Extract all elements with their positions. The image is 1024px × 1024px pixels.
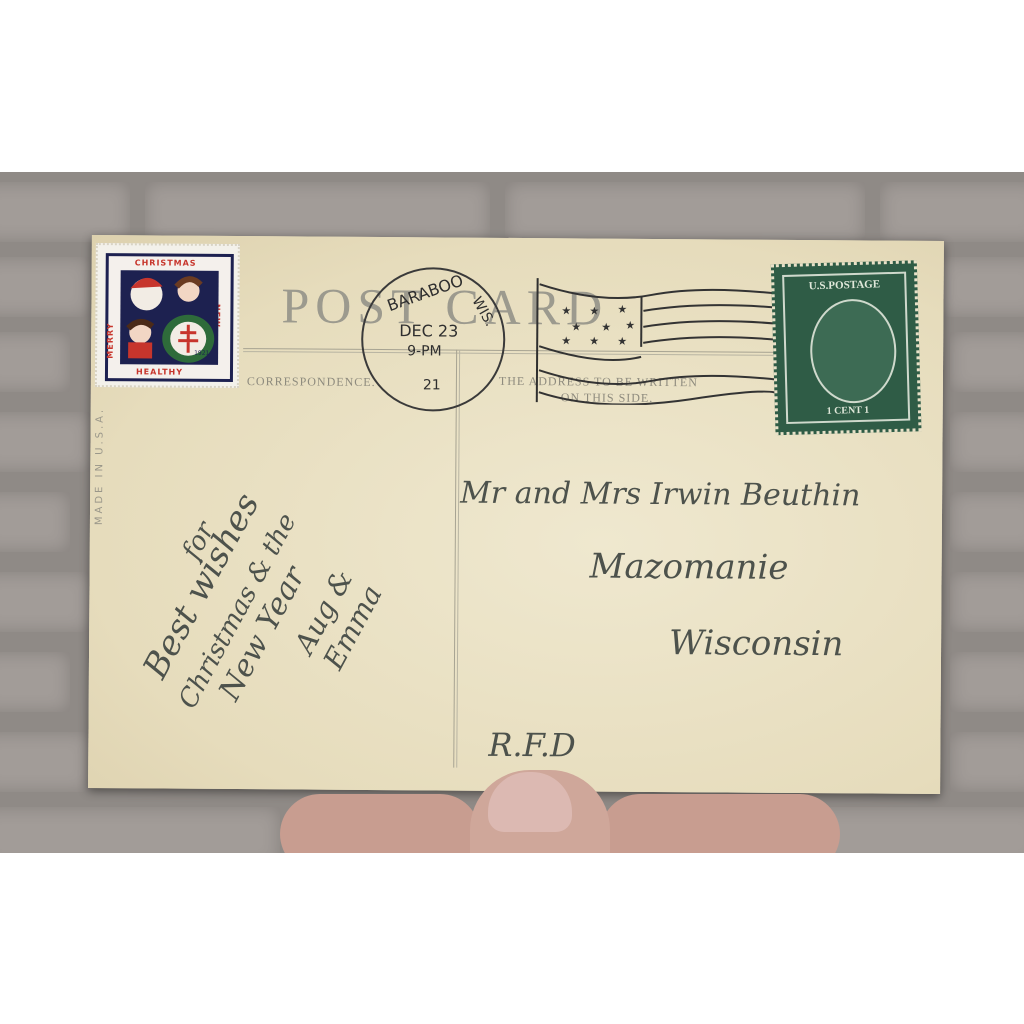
svg-text:★: ★ — [589, 305, 599, 318]
postmark-date: DEC 23 — [399, 321, 458, 340]
brick — [0, 572, 90, 632]
address-route: R.F.D — [488, 726, 576, 765]
finger — [280, 794, 480, 853]
svg-text:★: ★ — [561, 304, 571, 317]
santa-and-children-illustration-icon: 1921 — [108, 256, 231, 379]
postmark-time: 9-PM — [407, 343, 442, 359]
address-state: Wisconsin — [669, 623, 844, 664]
made-in-label: MADE IN U.S.A. — [94, 407, 106, 525]
handwritten-message: Best wishes for Christmas & the New Year… — [108, 405, 451, 767]
brick — [0, 182, 130, 242]
stamp-value-text: 1 CENT 1 — [788, 404, 908, 418]
brick — [505, 182, 865, 242]
finger — [600, 794, 840, 853]
brick — [950, 572, 1024, 632]
flag-cancellation-icon: ★★★ ★★★ ★★★ — [531, 274, 782, 406]
brick — [0, 652, 70, 712]
brick — [950, 652, 1024, 712]
postcard: POST CARD CORRESPONDENCE. THE ADDRESS TO… — [88, 235, 944, 794]
svg-text:★: ★ — [561, 334, 571, 347]
seal-year: 1921 — [194, 350, 210, 357]
brick — [0, 732, 90, 792]
svg-text:★: ★ — [625, 319, 635, 332]
postmark-year: 21 — [423, 377, 441, 393]
divider-vertical — [456, 350, 460, 768]
christmas-seal-frame: CHRISTMAS HEALTHY MERRY NEW YEAR 192 — [105, 253, 234, 382]
postage-stamp: U.S.POSTAGE 1 CENT 1 — [771, 260, 922, 435]
brick — [950, 732, 1024, 792]
postmark-state: WIS. — [468, 294, 497, 329]
brick — [0, 492, 70, 552]
postmark-city: BARABOO — [385, 271, 466, 315]
washington-portrait-icon — [809, 298, 898, 404]
svg-text:★: ★ — [571, 320, 581, 333]
correspondence-label: CORRESPONDENCE. — [247, 374, 376, 390]
christmas-seal: CHRISTMAS HEALTHY MERRY NEW YEAR 192 — [95, 243, 240, 388]
stamp-frame: U.S.POSTAGE 1 CENT 1 — [782, 272, 910, 424]
stamp-top-text: U.S.POSTAGE — [784, 278, 904, 293]
svg-text:★: ★ — [589, 335, 599, 348]
postmark: BARABOO WIS. DEC 23 9-PM 21 — [361, 267, 506, 412]
address-city: Mazomanie — [589, 547, 788, 588]
brick — [0, 412, 90, 472]
brick — [950, 332, 1024, 392]
brick — [940, 257, 1024, 317]
brick — [880, 182, 1024, 242]
address-name: Mr and Mrs Irwin Beuthin — [460, 476, 861, 514]
svg-text:★: ★ — [617, 303, 627, 316]
svg-text:★: ★ — [617, 335, 627, 348]
brick — [0, 332, 70, 392]
brick — [145, 182, 490, 242]
photo-background: POST CARD CORRESPONDENCE. THE ADDRESS TO… — [0, 172, 1024, 853]
brick — [0, 257, 90, 317]
brick — [950, 412, 1024, 472]
brick — [950, 492, 1024, 552]
brick — [0, 807, 280, 853]
svg-text:★: ★ — [601, 321, 611, 334]
